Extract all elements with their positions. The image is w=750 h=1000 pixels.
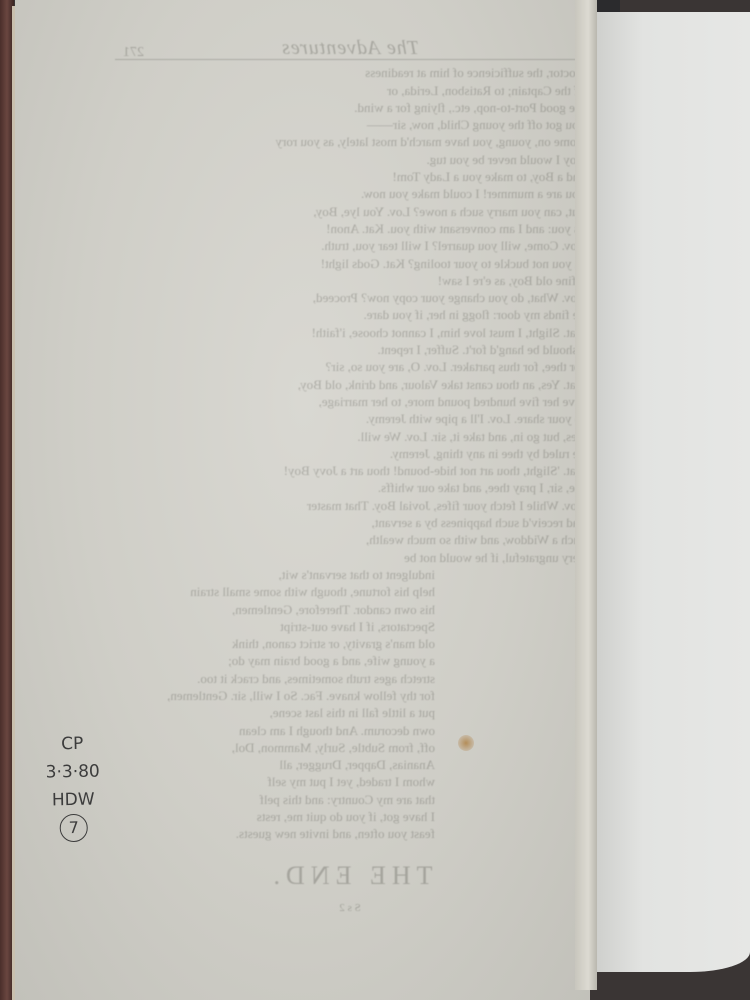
foxing-stain bbox=[458, 735, 474, 751]
show-through-line: that are my Country: and this pelf bbox=[115, 791, 585, 808]
handwritten-initials: CP bbox=[37, 729, 107, 758]
running-head: The Adventures bbox=[115, 40, 585, 57]
header-rule bbox=[115, 59, 585, 60]
show-through-line: Lov. Come, will you quarrel? I will tear… bbox=[115, 237, 585, 254]
show-through-line: and a Boy, to make you a Lady Tom! bbox=[115, 168, 585, 185]
show-through-line: Lov. What, do you change your copy now? … bbox=[115, 289, 585, 306]
show-through-line: Lov. While I fetch your fifes, Jovial Bo… bbox=[115, 497, 585, 514]
end-text: THE END. bbox=[115, 867, 585, 884]
show-through-line: he finds my door: flogg in her, if you d… bbox=[115, 306, 585, 323]
show-through-line: of the Captain; to Ratisbon, Lerida, or bbox=[115, 82, 585, 99]
show-through-line: indulgent to that servant's wit, bbox=[115, 566, 585, 583]
handwritten-initials-2: HDW bbox=[38, 785, 108, 814]
show-through-line: Boy I would never be you tug. bbox=[115, 151, 585, 168]
show-through-line: give her five hundred pound more, to her… bbox=[115, 393, 585, 410]
show-through-line: Ananias, Dapper, Drugger, all bbox=[115, 756, 585, 773]
show-through-line: a fine old Boy, as e're I saw! bbox=[115, 272, 585, 289]
book-page: The Adventures 271 Doctor, the sufficien… bbox=[15, 0, 590, 1000]
show-through-line: you are a mummer! I could make you now. bbox=[115, 185, 585, 202]
show-through-line: as you: and I am conversant with you. Ka… bbox=[115, 220, 585, 237]
show-through-line: Spectators, if I have out-stript bbox=[115, 618, 585, 635]
show-through-line: for thee, for thus partaker. Lov. O, are… bbox=[115, 358, 585, 375]
show-through-line: I have got, if you do quit me, rests bbox=[115, 808, 585, 825]
page-fold bbox=[575, 0, 597, 990]
show-through-line: Kat. 'Slight, thou art not hide-bound! t… bbox=[115, 462, 585, 479]
show-through-line: Kat. Slight, I must love him, I cannot c… bbox=[115, 324, 585, 341]
show-through-line: you got off the young Child, now, sir—— bbox=[115, 116, 585, 133]
show-through-line: Yes, but go in, and take it, sir. Lov. W… bbox=[115, 428, 585, 445]
show-through-line: off, from Subtle, Surly, Mammon, Dol, bbox=[115, 739, 585, 756]
show-through-line: such a Widdow, and with so much wealth, bbox=[115, 531, 585, 548]
show-through-text: The Adventures 271 Doctor, the sufficien… bbox=[115, 40, 585, 917]
signature-mark: S s 2 bbox=[115, 900, 585, 917]
show-through-line: had receiv'd such happiness by a servant… bbox=[115, 514, 585, 531]
show-through-line: old man's gravity, or strict canon, thin… bbox=[115, 635, 585, 652]
show-through-line: the good Port-to-nop, etc., flying for a… bbox=[115, 99, 585, 116]
show-through-line: very ungrateful, if he would not be bbox=[115, 549, 585, 566]
show-through-line: Come on, young, you have march'd most la… bbox=[115, 133, 585, 150]
show-through-line: to your share. Lov. I'll a pipe with Jer… bbox=[115, 410, 585, 427]
show-through-line: I should be hang'd for't. Suffer, I repe… bbox=[115, 341, 585, 358]
show-through-line: in you not buckle to your tooling? Kat. … bbox=[115, 255, 585, 272]
circled-number: 7 bbox=[59, 814, 87, 842]
page-number: 271 bbox=[123, 44, 144, 61]
show-through-line: own decorum. And though I am clean bbox=[115, 722, 585, 739]
right-page-edge bbox=[597, 12, 750, 972]
show-through-line: a young wife, and a good brain may do; bbox=[115, 652, 585, 669]
show-through-lines: Doctor, the sufficience of him at readin… bbox=[115, 64, 585, 842]
show-through-line: help his fortune, though with some small… bbox=[115, 583, 585, 600]
show-through-line: Doctor, the sufficience of him at readin… bbox=[115, 64, 585, 81]
show-through-line: stretch ages truth sometimes, and crack … bbox=[115, 670, 585, 687]
show-through-line: whom I traded, yet I put my self bbox=[115, 773, 585, 790]
show-through-line: me, sir, I pray thee, and take our whiff… bbox=[115, 479, 585, 496]
show-through-line: be ruled by thee in any thing, Jeremy. bbox=[115, 445, 585, 462]
show-through-line: for thy fellow knave. Fac. So I will, si… bbox=[115, 687, 585, 704]
show-through-line: but, can you marry such a nowe? Lov. You… bbox=[115, 203, 585, 220]
show-through-line: feast you often, and invite new guests. bbox=[115, 825, 585, 842]
show-through-line: Kat. Yes, an thou canst take Valour, and… bbox=[115, 376, 585, 393]
handwritten-date: 3·3·80 bbox=[38, 757, 108, 786]
handwritten-notes: CP 3·3·80 HDW 7 bbox=[37, 729, 109, 842]
show-through-line: put a little fall in this last scene, bbox=[115, 704, 585, 721]
show-through-line: his own candor. Therefore, Gentlemen, bbox=[115, 601, 585, 618]
